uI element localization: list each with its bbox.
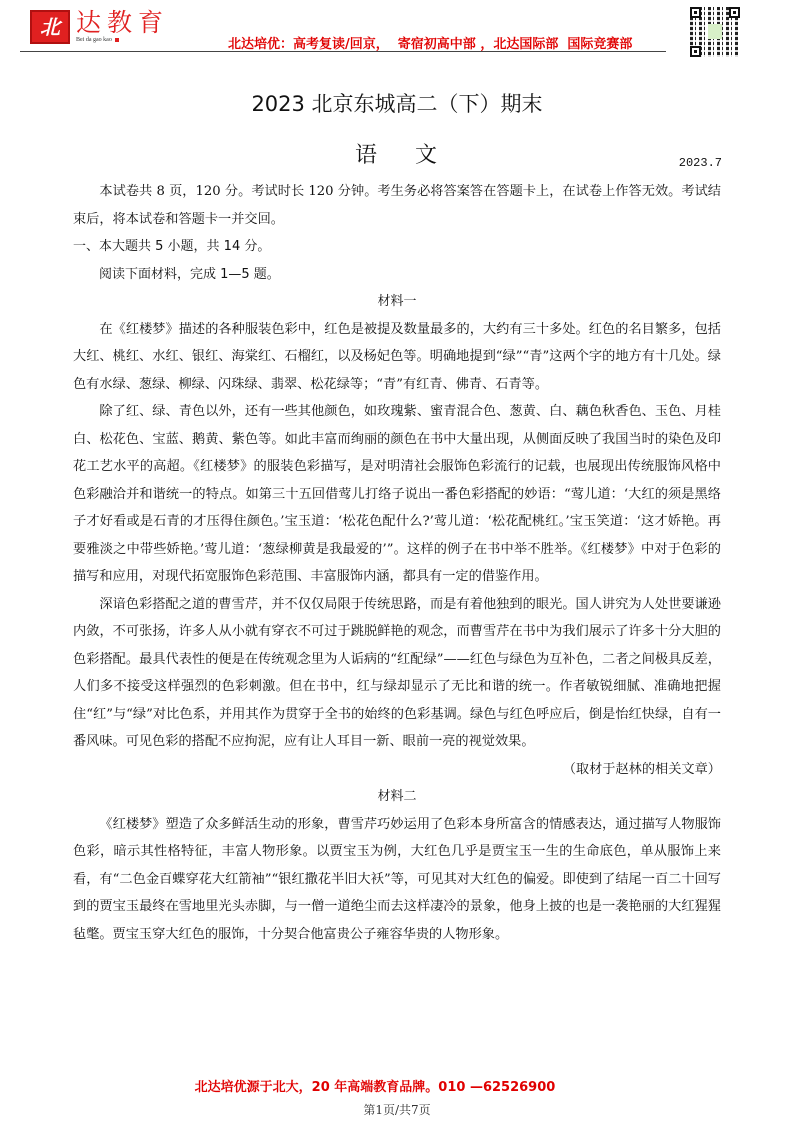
qr-finder-icon bbox=[690, 7, 701, 18]
qr-logo bbox=[708, 24, 722, 39]
logo-pinyin-text: Bei da gao kao bbox=[76, 37, 112, 43]
paragraph: 在《红楼梦》描述的各种服装色彩中，红色是被提及数量最多的，大约有三十多处。红色的… bbox=[73, 316, 721, 399]
header-slogan: 北达培优：高考复读/回京， 寄宿初高中部 ，北达国际部 国际竞赛部 bbox=[228, 33, 632, 52]
material-heading: 材料二 bbox=[73, 783, 721, 811]
material-heading: 材料一 bbox=[73, 288, 721, 316]
logo-text: 达教育 bbox=[76, 10, 169, 36]
section-heading: 一、本大题共 5 小题，共 14 分。 bbox=[73, 233, 721, 261]
paragraph: 深谙色彩搭配之道的曹雪芹，并不仅仅局限于传统思路，而是有着他独到的眼光。国人讲究… bbox=[73, 591, 721, 756]
logo-pinyin: Bei da gao kao bbox=[76, 37, 169, 43]
page-number: 第1页/共7页 bbox=[0, 1101, 794, 1118]
reading-prompt: 阅读下面材料，完成 1—5 题。 bbox=[73, 261, 721, 289]
paragraph: 除了红、绿、青色以外，还有一些其他颜色，如玫瑰紫、蜜青混合色、葱黄、白、藕色秋香… bbox=[73, 398, 721, 591]
qr-finder-icon bbox=[690, 46, 701, 57]
page-header: 北 达教育 Bei da gao kao 北达培优：高考复读/回京， 寄宿初高中… bbox=[0, 0, 794, 62]
footer-promo-text: 北达培优源于北大，20 年高端教育品牌。010 —62526900 bbox=[195, 1080, 556, 1095]
subject-title: 语文 bbox=[0, 138, 794, 169]
exam-title: 2023 北京东城高二（下）期末 bbox=[0, 88, 794, 118]
square-icon bbox=[115, 38, 119, 42]
qr-finder-icon bbox=[729, 7, 740, 18]
brand-logo: 北 达教育 Bei da gao kao bbox=[30, 10, 169, 44]
source-citation: （取材于赵林的相关文章） bbox=[73, 756, 721, 784]
footer-promo: 北达培优源于北大，20 年高端教育品牌。010 —62526900 bbox=[0, 1076, 794, 1095]
subject-char: 文 bbox=[415, 143, 439, 168]
instructions: 本试卷共 8 页，120 分。考试时长 120 分钟。考生务必将答案答在答题卡上… bbox=[73, 178, 721, 233]
exam-body: 本试卷共 8 页，120 分。考试时长 120 分钟。考生务必将答案答在答题卡上… bbox=[73, 178, 721, 948]
paragraph: 《红楼梦》塑造了众多鲜活生动的形象，曹雪芹巧妙运用了色彩本身所富含的情感表达，通… bbox=[73, 811, 721, 949]
subject-char: 语 bbox=[355, 143, 379, 168]
header-divider bbox=[20, 51, 666, 52]
qr-code-icon bbox=[690, 7, 740, 57]
exam-date: 2023.7 bbox=[679, 156, 722, 170]
logo-mark: 北 bbox=[30, 10, 70, 44]
